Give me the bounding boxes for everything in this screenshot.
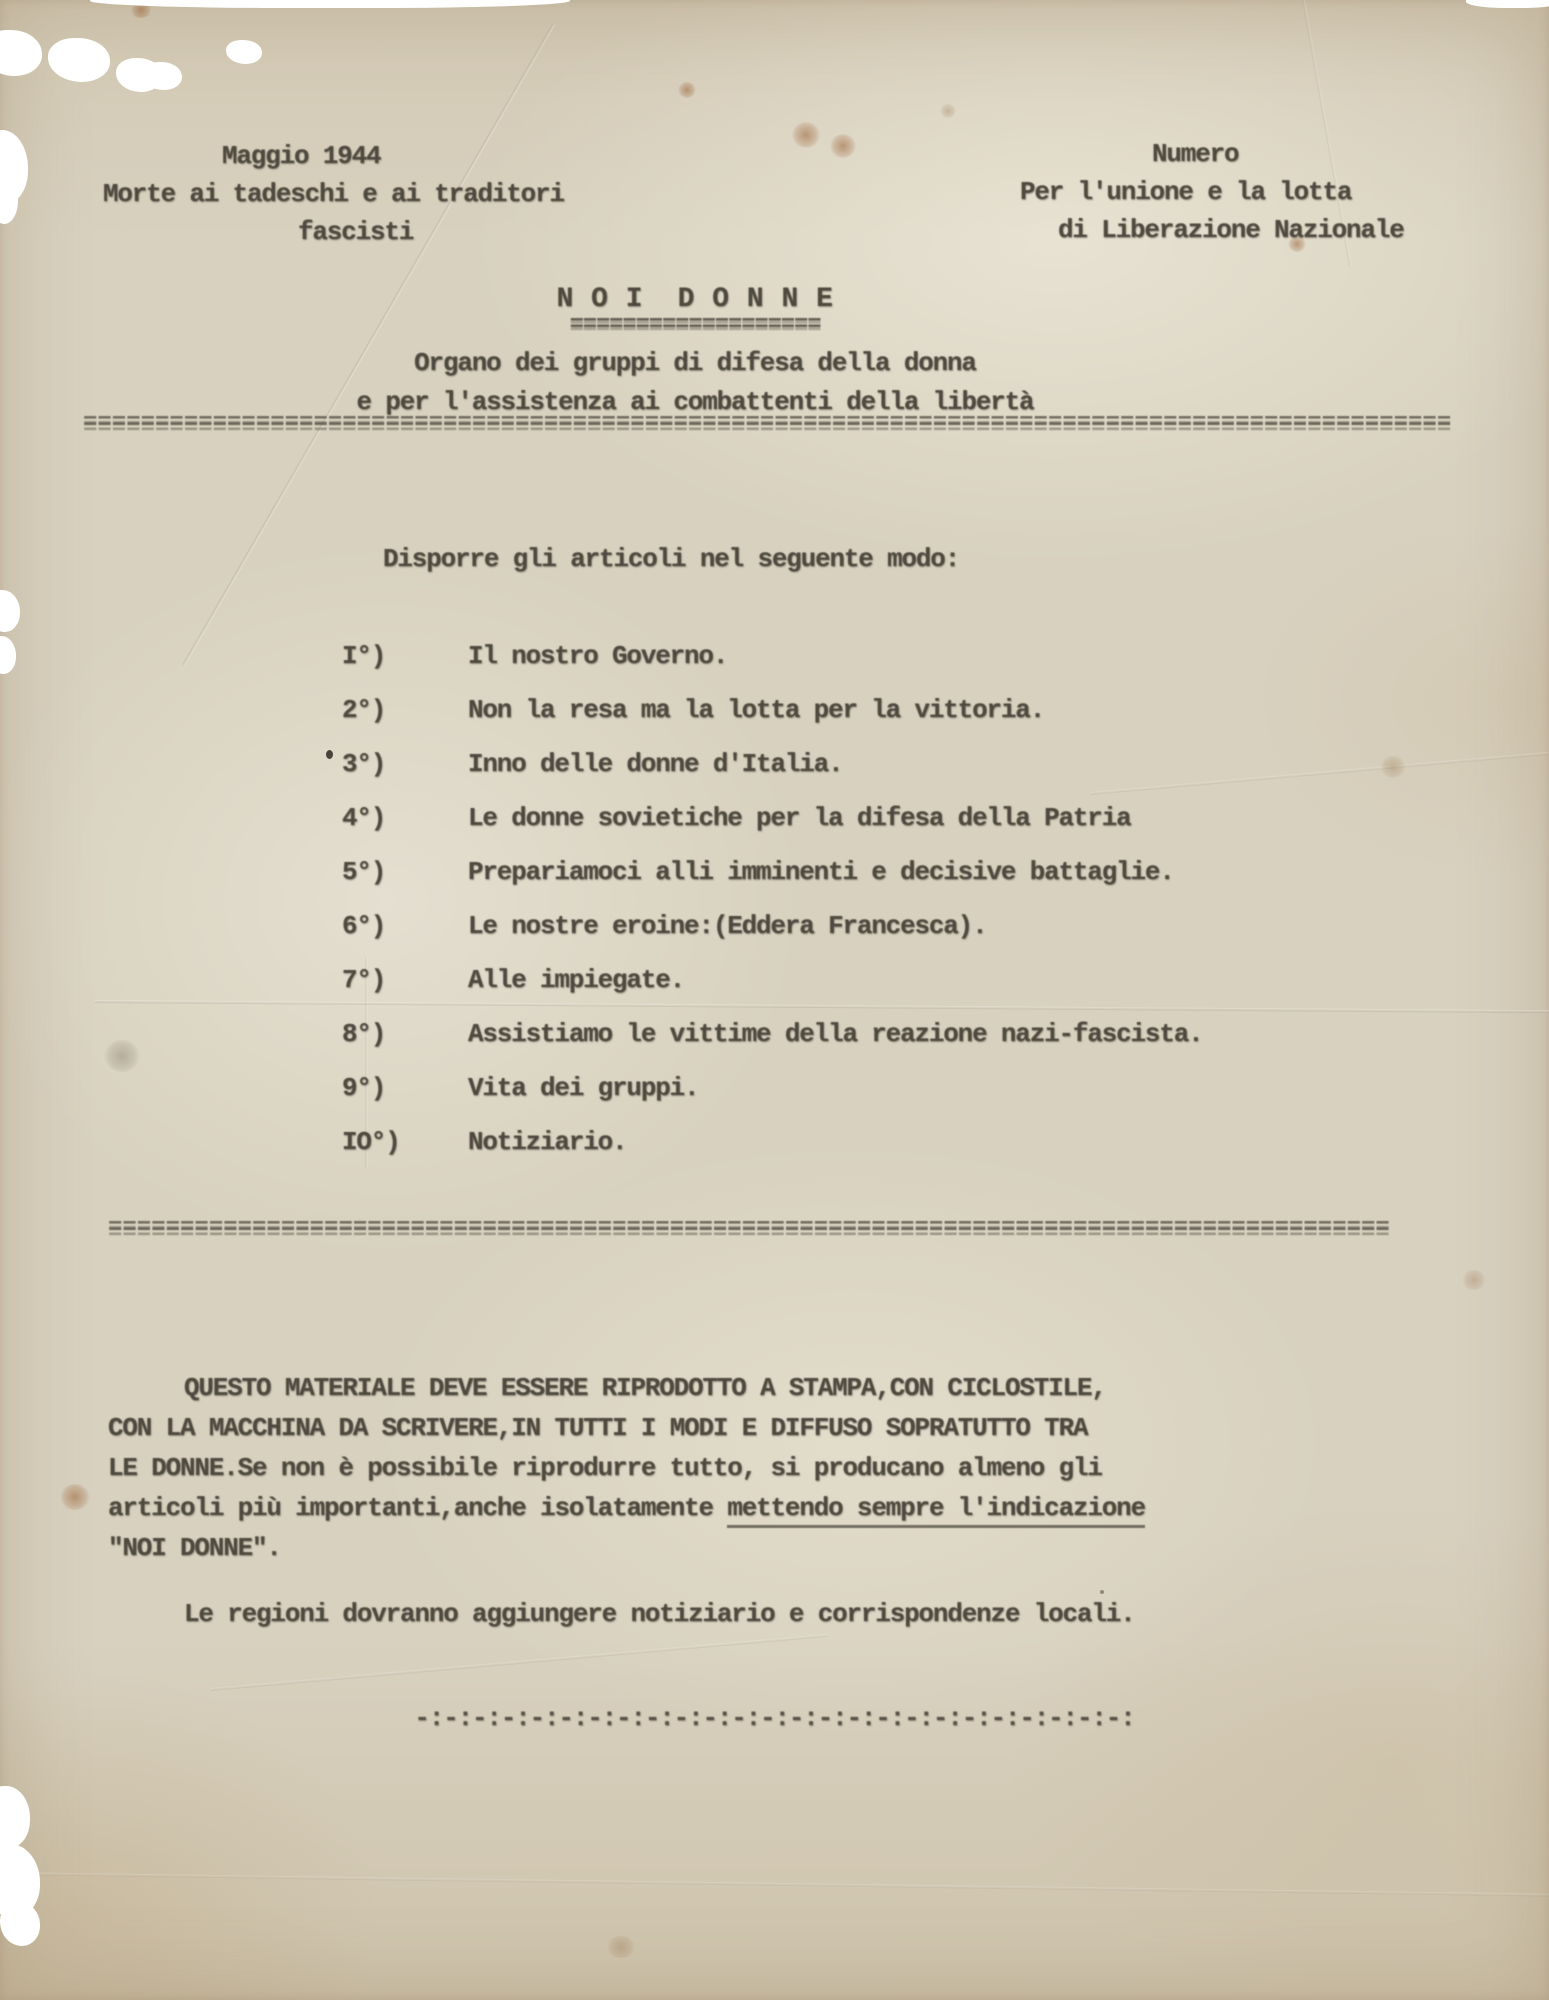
toc-item-title: Prepariamoci alli imminenti e decisive b… xyxy=(468,857,1174,887)
document-page: Maggio 1944 Morte ai tadeschi e ai tradi… xyxy=(0,0,1549,2000)
toc-item-number: 3°) xyxy=(342,748,468,780)
toc-intro: Disporre gli articoli nel seguente modo: xyxy=(383,543,959,575)
toc-item: 7°)Alle impiegate. xyxy=(342,964,684,996)
regions-note: Le regioni dovranno aggiungere notiziari… xyxy=(184,1598,1135,1630)
header-slogan-line-2: fascisti xyxy=(298,216,413,248)
instruction-line-3: LE DONNE.Se non è possibile riprodurre t… xyxy=(108,1452,1102,1484)
toc-item-number: 8°) xyxy=(342,1018,468,1050)
header-date: Maggio 1944 xyxy=(222,140,380,172)
toc-item-title: Vita dei gruppi. xyxy=(468,1073,698,1103)
toc-item-number: 4°) xyxy=(342,802,468,834)
toc-item: 3°)Inno delle donne d'Italia. xyxy=(342,748,842,780)
toc-item-number: IO°) xyxy=(342,1126,468,1158)
toc-item-title: Non la resa ma la lotta per la vittoria. xyxy=(468,695,1044,725)
toc-item: 8°)Assistiamo le vittime della reazione … xyxy=(342,1018,1203,1050)
toc-item: IO°)Notiziario. xyxy=(342,1126,626,1158)
toc-item: 5°)Prepariamoci alli imminenti e decisiv… xyxy=(342,856,1174,888)
instruction-line-4: articoli più importanti,anche isolatamen… xyxy=(108,1492,1145,1524)
underlined-phrase: mettendo sempre l'indicazione xyxy=(727,1493,1145,1528)
divider-rule-top: ========================================… xyxy=(83,408,1451,440)
issue-number-label: Numero xyxy=(1152,138,1238,170)
movement-line-2: di Liberazione Nazionale xyxy=(1058,214,1404,246)
footer-ornament: -:-:-:-:-:-:-:-:-:-:-:-:-:-:-:-:-:-:-:-:… xyxy=(0,1702,1549,1734)
toc-item-title: Le donne sovietiche per la difesa della … xyxy=(468,803,1131,833)
subtitle-line-1: Organo dei gruppi di difesa della donna xyxy=(0,347,1390,379)
instruction-line-1: QUESTO MATERIALE DEVE ESSERE RIPRODOTTO … xyxy=(184,1372,1106,1404)
toc-item: 6°)Le nostre eroine:(Eddera Francesca). xyxy=(342,910,987,942)
toc-item-number: 7°) xyxy=(342,964,468,996)
toc-item-title: Le nostre eroine:(Eddera Francesca). xyxy=(468,911,987,941)
toc-item-number: 6°) xyxy=(342,910,468,942)
toc-item: 4°)Le donne sovietiche per la difesa del… xyxy=(342,802,1131,834)
title-underline: =================== xyxy=(0,317,1390,335)
typed-layer: Maggio 1944 Morte ai tadeschi e ai tradi… xyxy=(0,0,1549,2000)
toc-item-number: 5°) xyxy=(342,856,468,888)
toc-item: 9°)Vita dei gruppi. xyxy=(342,1072,698,1104)
toc-item-number: 2°) xyxy=(342,694,468,726)
toc-item: 2°)Non la resa ma la lotta per la vittor… xyxy=(342,694,1044,726)
toc-item-title: Inno delle donne d'Italia. xyxy=(468,749,842,779)
toc-item-title: Alle impiegate. xyxy=(468,965,684,995)
masthead: N O I D O N N E =================== Orga… xyxy=(0,283,1390,418)
toc-item: I°)Il nostro Governo. xyxy=(342,640,727,672)
header-slogan-line-1: Morte ai tadeschi e ai traditori xyxy=(103,178,564,210)
instruction-line-4-start: articoli più importanti,anche isolatamen… xyxy=(108,1493,727,1523)
instruction-line-2: CON LA MACCHINA DA SCRIVERE,IN TUTTI I M… xyxy=(108,1412,1087,1444)
toc-item-title: Notiziario. xyxy=(468,1127,626,1157)
toc-item-number: 9°) xyxy=(342,1072,468,1104)
divider-rule-middle: ========================================… xyxy=(108,1213,1390,1245)
toc-item-number: I°) xyxy=(342,640,468,672)
scan-background: Maggio 1944 Morte ai tadeschi e ai tradi… xyxy=(0,0,1549,2000)
toc-item-title: Assistiamo le vittime della reazione naz… xyxy=(468,1019,1203,1049)
movement-line-1: Per l'unione e la lotta xyxy=(1020,176,1351,208)
instruction-line-5: "NOI DONNE". xyxy=(108,1532,281,1564)
toc-item-title: Il nostro Governo. xyxy=(468,641,727,671)
